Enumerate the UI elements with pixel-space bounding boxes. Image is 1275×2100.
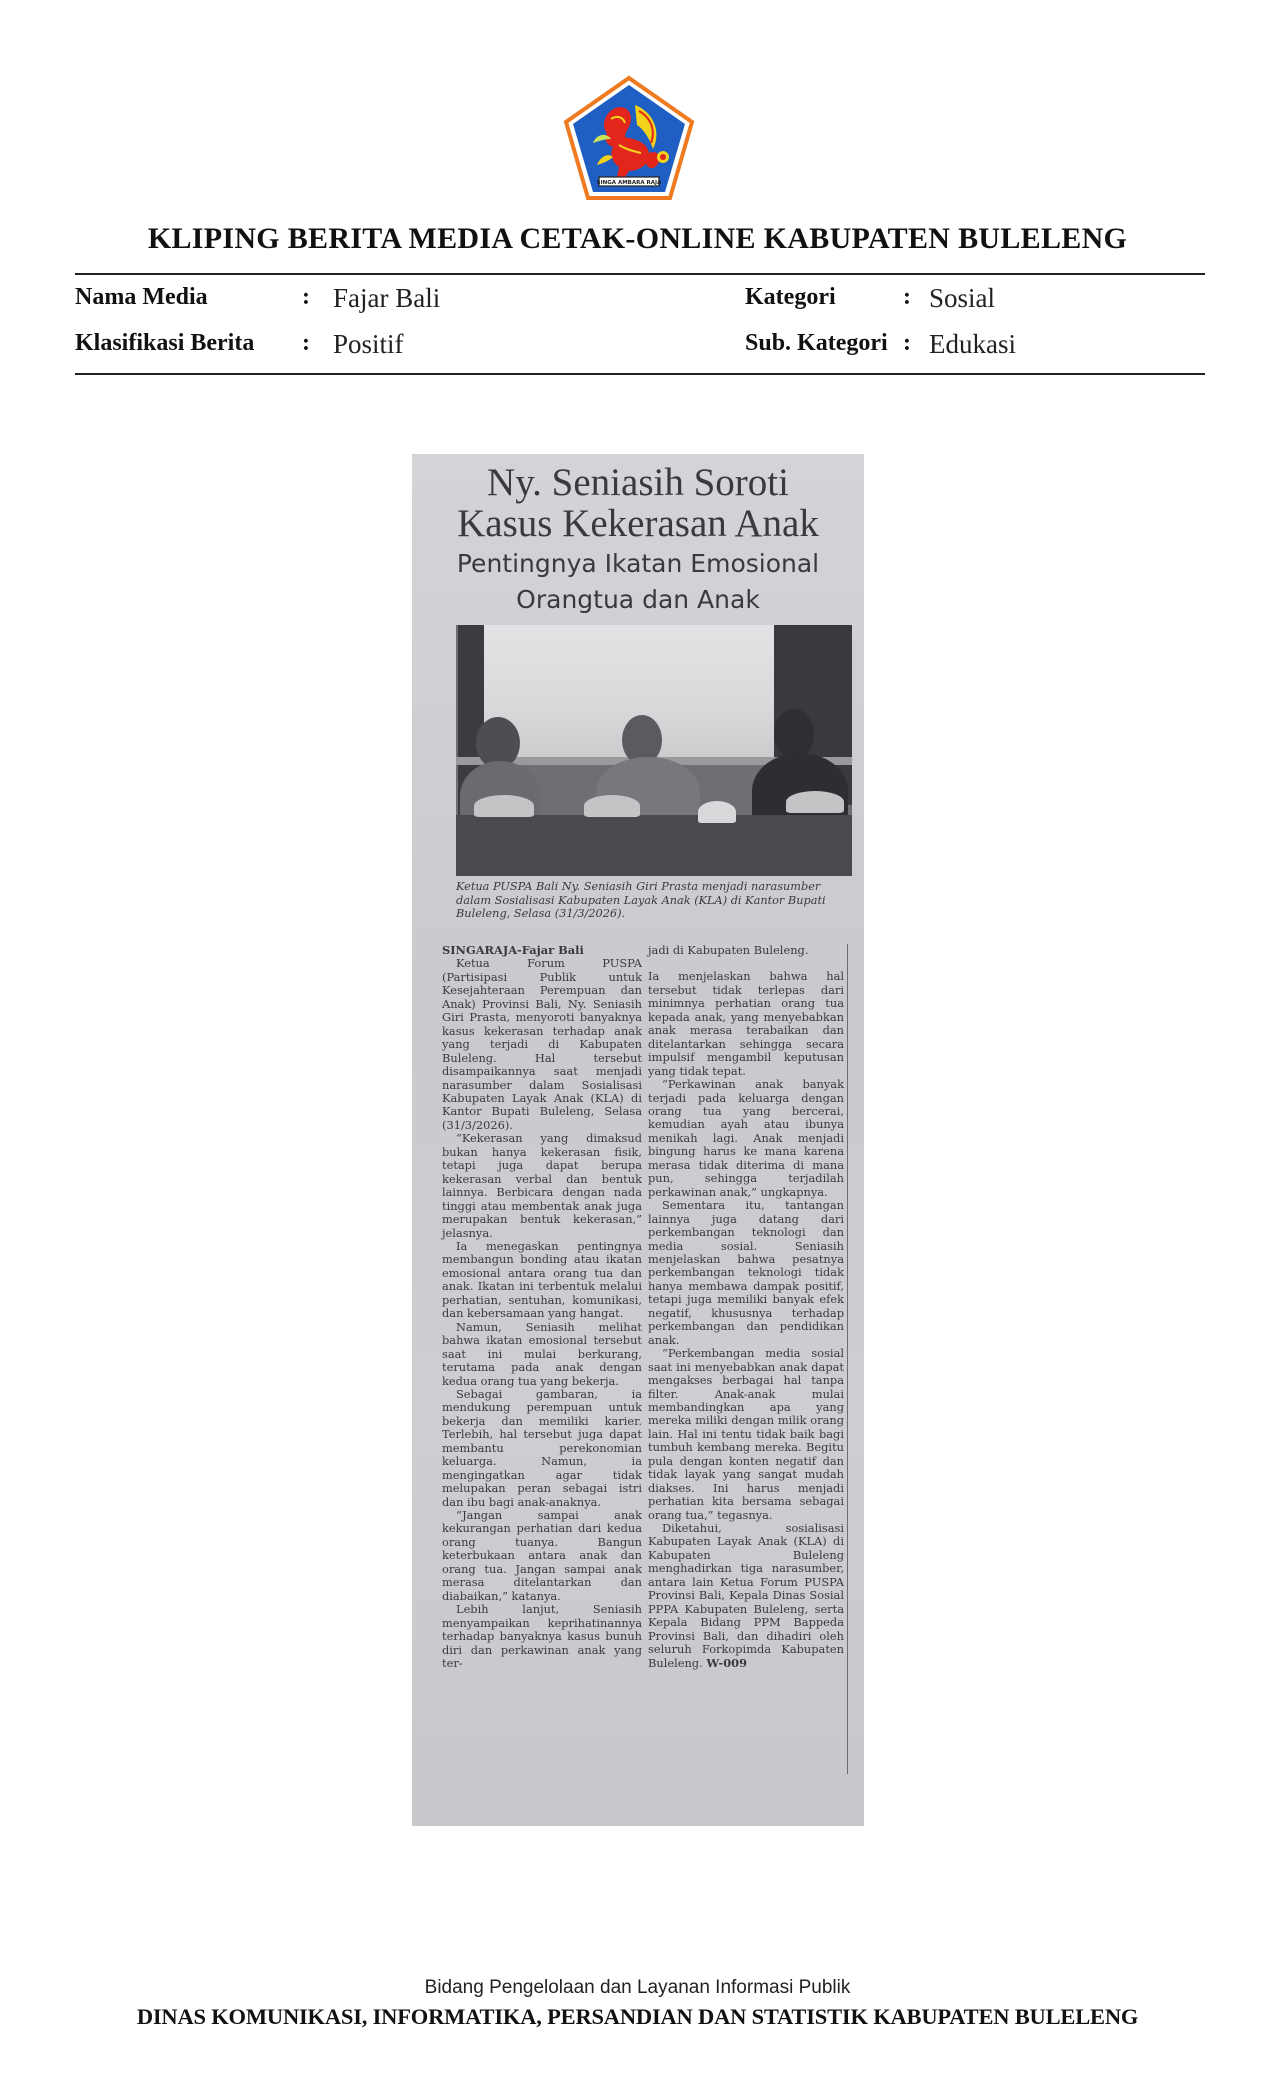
header-divider-top: [75, 273, 1205, 275]
headline-line-1: Ny. Seniasih Soroti: [412, 462, 864, 503]
article-column-left: SINGARAJA-Fajar Bali Ketua Forum PUSPA (…: [442, 944, 642, 1670]
article-dateline: SINGARAJA-Fajar Bali: [442, 943, 584, 957]
meta-label: Kategori: [745, 284, 836, 311]
article-paragraph: Lebih lanjut, Seniasih menyampaikan kepr…: [442, 1603, 642, 1670]
meta-label: Nama Media: [75, 284, 208, 311]
photo-dish: [584, 795, 640, 817]
meta-value: Positif: [333, 329, 404, 360]
article-paragraph: Ia menjelaskan bahwa hal tersebut tidak …: [648, 970, 844, 1078]
photo-dish: [474, 795, 534, 817]
photo-table: [456, 815, 852, 876]
subhead-line-2: Orangtua dan Anak: [412, 582, 864, 618]
photo-caption: Ketua PUSPA Bali Ny. Seniasih Giri Prast…: [456, 880, 852, 921]
footer-unit: Bidang Pengelolaan dan Layanan Informasi…: [0, 1977, 1275, 1999]
article-byline: W-009: [706, 1656, 747, 1670]
article-paragraph: Ia menegaskan pentingnya membangun bondi…: [442, 1240, 642, 1321]
article-photo: [456, 625, 852, 876]
svg-text:SINGA AMBARA RAJA: SINGA AMBARA RAJA: [597, 180, 662, 186]
article-paragraph: “Perkembangan media sosial saat ini meny…: [648, 1347, 844, 1522]
meta-colon: :: [302, 284, 310, 311]
photo-tissue-box: [698, 801, 736, 823]
meta-colon: :: [302, 330, 310, 357]
article-paragraph: Namun, Seniasih melihat bahwa ikatan emo…: [442, 1321, 642, 1388]
meta-value: Fajar Bali: [333, 283, 440, 314]
document-title: KLIPING BERITA MEDIA CETAK-ONLINE KABUPA…: [0, 222, 1275, 256]
subhead-line-1: Pentingnya Ikatan Emosional: [412, 546, 864, 582]
article-paragraph: “Jangan sampai anak kekurangan perhatian…: [442, 1509, 642, 1603]
article-column-right: jadi di Kabupaten Buleleng. Ia menjelask…: [648, 944, 844, 1670]
headline-line-2: Kasus Kekerasan Anak: [412, 503, 864, 544]
meta-value: Sosial: [929, 283, 995, 314]
article-paragraph: “Perkawinan anak banyak terjadi pada kel…: [648, 1078, 844, 1199]
header-divider-bottom: [75, 373, 1205, 375]
newspaper-clipping: Ny. Seniasih Soroti Kasus Kekerasan Anak…: [412, 454, 864, 1826]
article-paragraph: “Kekerasan yang dimaksud bukan hanya kek…: [442, 1132, 642, 1240]
article-paragraph: Sementara itu, tantangan lainnya juga da…: [648, 1199, 844, 1347]
footer-agency: DINAS KOMUNIKASI, INFORMATIKA, PERSANDIA…: [0, 2004, 1275, 2030]
speaker-right-head: [774, 709, 814, 759]
article-continuation: jadi di Kabupaten Buleleng.: [648, 944, 844, 957]
buleleng-regency-crest-icon: SINGA AMBARA RAJA: [563, 75, 695, 201]
meta-label: Klasifikasi Berita: [75, 330, 254, 357]
article-headline: Ny. Seniasih Soroti Kasus Kekerasan Anak: [412, 462, 864, 544]
meta-colon: :: [903, 284, 911, 311]
article-paragraph: Diketahui, sosialisasi Kabupaten Layak A…: [648, 1522, 844, 1670]
photo-dish: [786, 791, 844, 813]
article-paragraph: Ketua Forum PUSPA (Partisipasi Publik un…: [442, 957, 642, 1132]
article-paragraph: Sebagai gambaran, ia mendukung perempuan…: [442, 1388, 642, 1509]
column-rule: [847, 944, 848, 1774]
meta-label: Sub. Kategori: [745, 330, 888, 357]
article-subheadline: Pentingnya Ikatan Emosional Orangtua dan…: [412, 546, 864, 618]
meta-colon: :: [903, 330, 911, 357]
meta-value: Edukasi: [929, 329, 1016, 360]
buleleng-crest-logo: SINGA AMBARA RAJA: [563, 75, 695, 201]
